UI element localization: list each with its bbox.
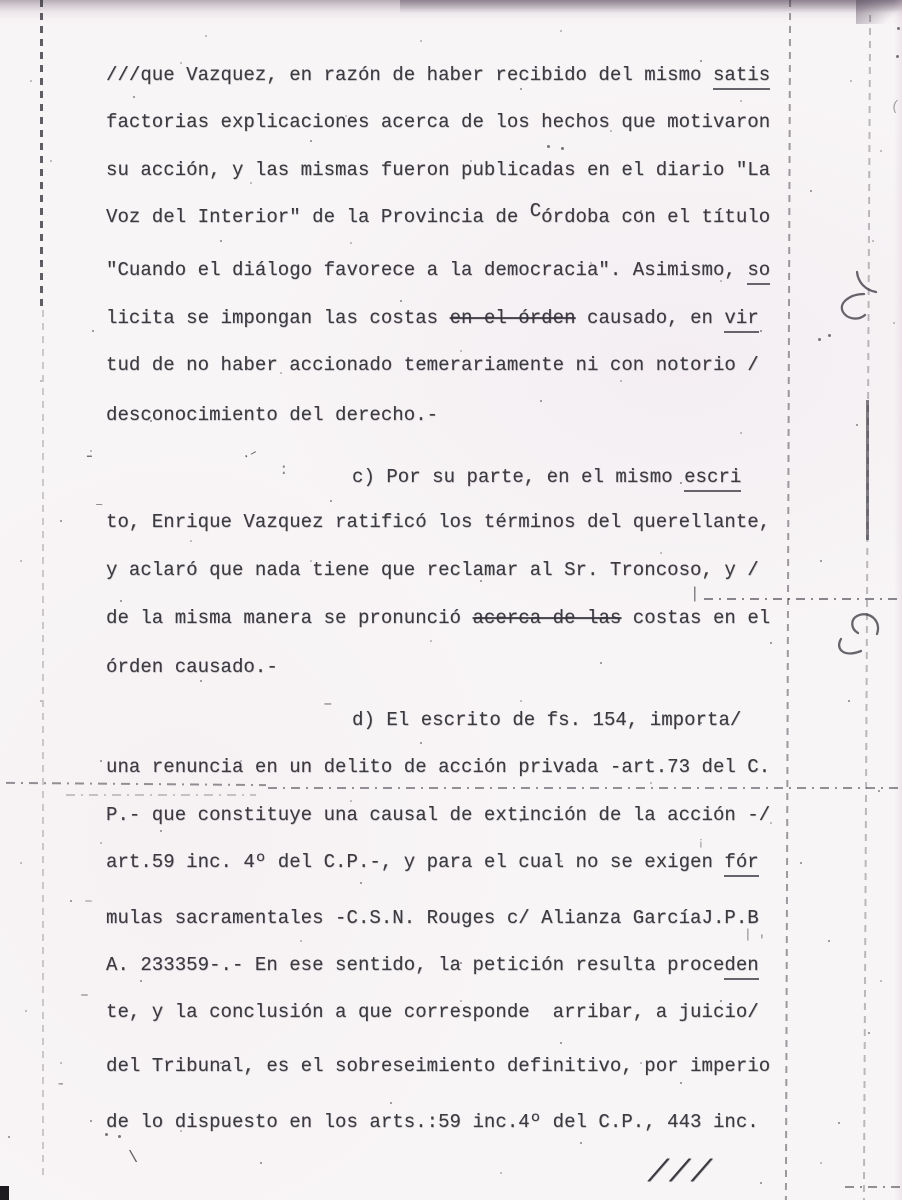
document-line: te, y la conclusión a que corresponde ar… [106,1003,759,1022]
document-line: licita se impongan las costas en el órde… [106,309,759,328]
stray-mark: \ [128,1150,138,1167]
scanned-page: { "page": { "background": "#f8f5f6", "in… [0,0,902,1200]
document-line: Voz del Interior" de la Provincia de Cór… [106,208,770,227]
document-line: del Tribunal, es el sobreseimiento defin… [106,1057,770,1076]
scan-noise [0,0,3,3]
document-line: factorias explicaciones acerca de los he… [106,113,770,132]
document-line: y aclaró que nada tiene que reclamar al … [106,561,759,580]
document-line: to, Enrique Vazquez ratificó los término… [106,513,770,532]
document-line: mulas sacramentales -C.S.N. Rouges c/ Al… [106,909,759,928]
document-line: órden causado.- [106,658,278,677]
stray-mark: ¡ [697,836,705,849]
continuation-mark: /// [642,1156,718,1191]
document-line: tud de no haber accionado temerariamente… [106,356,759,375]
document-line: ///que Vazquez, en razón de haber recibi… [106,66,770,85]
stray-mark: | [690,586,700,602]
stray-mark: - [56,1076,66,1092]
stray-mark: : [279,462,289,478]
document-line: su acción, y las mismas fueron publicada… [106,161,770,180]
document-line: A. 233359-.- En ese sentido, la petición… [106,956,759,975]
document-line: de lo dispuesto en los arts.:59 inc.4º d… [106,1113,759,1132]
document-line: d) El escrito de fs. 154, importa/ [352,711,741,730]
document-line: desconocimiento del derecho.- [106,406,438,425]
stray-mark: – [84,894,93,909]
stray-mark: – [95,498,103,512]
document-line: art.59 inc. 4º del C.P.-, y para el cual… [106,853,759,872]
document-line: c) Por su parte, en el mismo escri [352,468,741,487]
stray-mark: – [80,988,89,1003]
stray-mark: ' [758,934,766,947]
document-line: una renuncia en un delito de acción priv… [106,758,770,777]
stray-mark: - [84,448,95,466]
stray-mark: | [744,928,752,941]
document-line: de la misma manera se pronunció acerca d… [106,609,770,628]
document-line: P.- que constituye una causal de extinci… [106,806,770,825]
document-line: "Cuando el diálogo favorece a la democra… [106,261,770,280]
stray-mark: – [323,696,333,712]
